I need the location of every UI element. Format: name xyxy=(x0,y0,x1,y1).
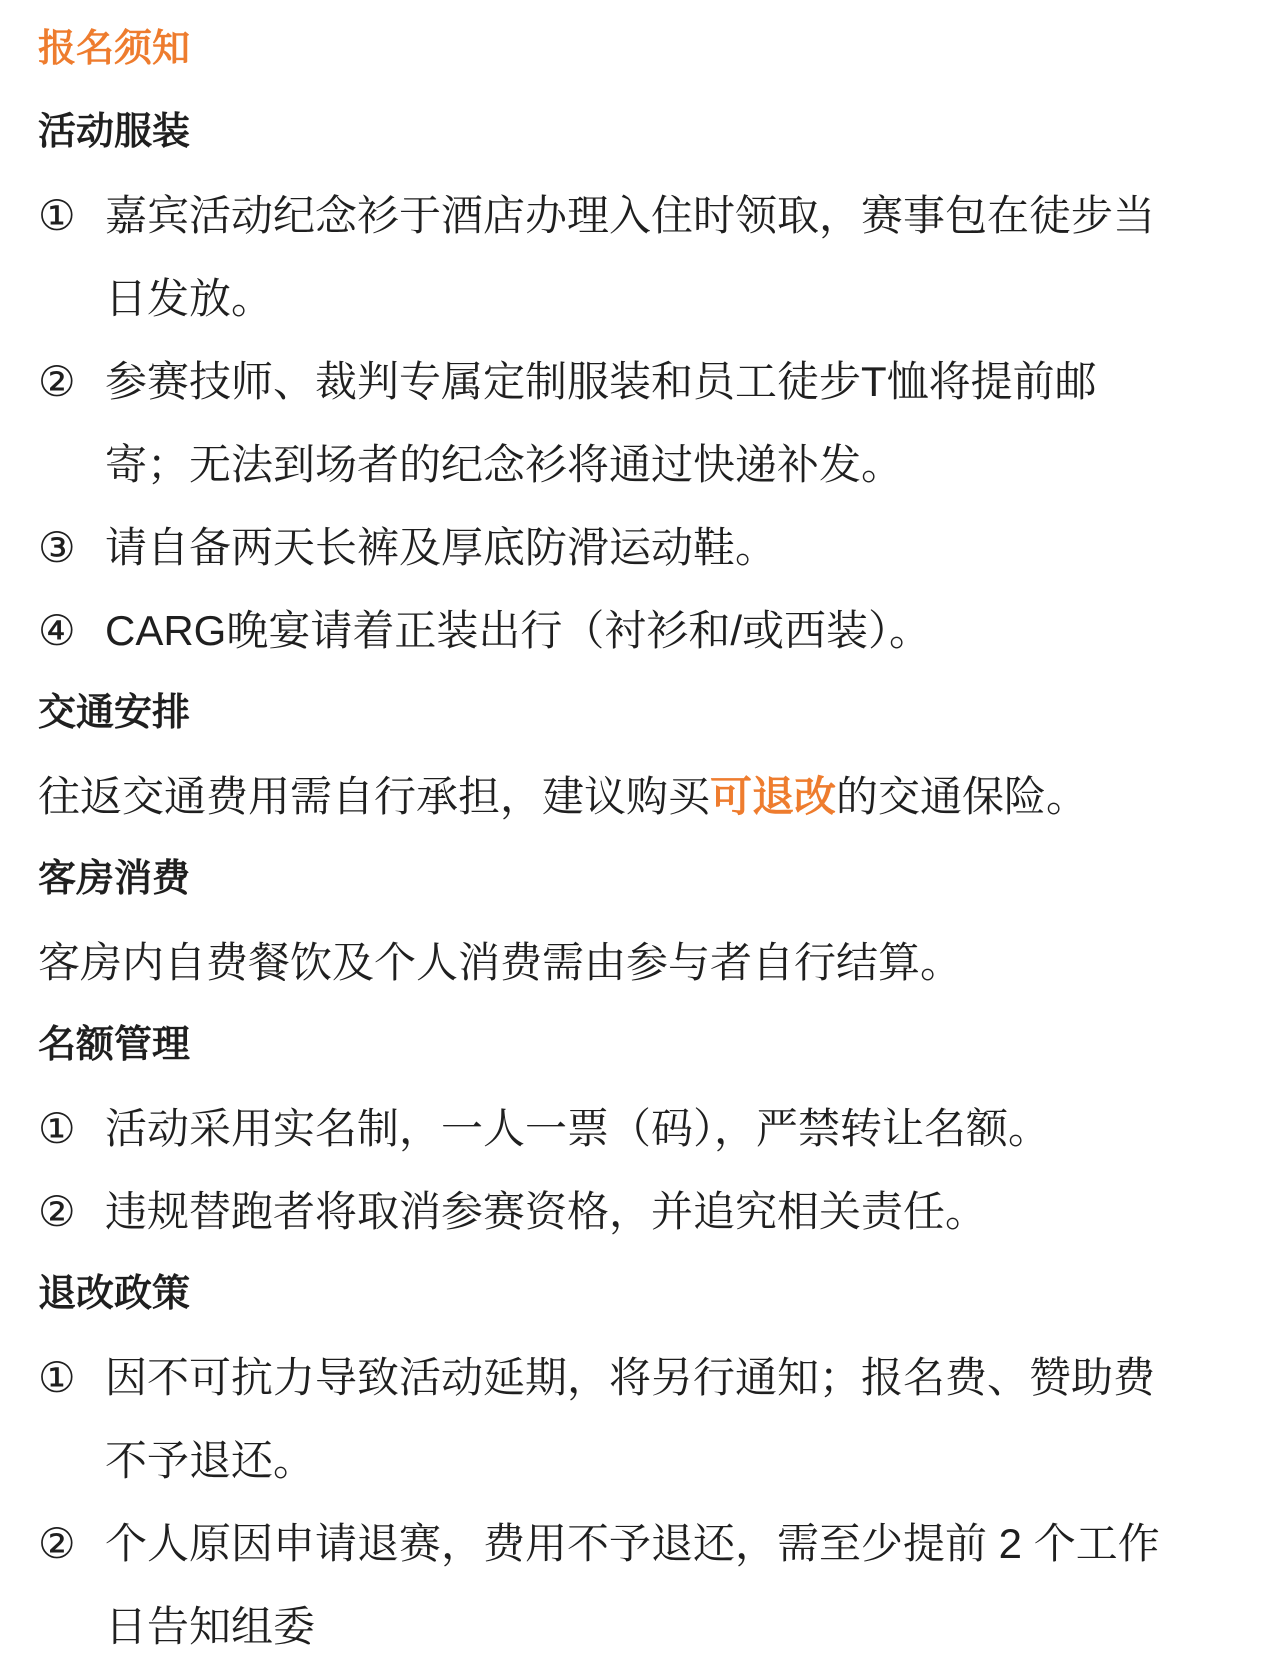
paragraph-text: 的交通保险。 xyxy=(836,773,1088,820)
item-text: 参赛技师、裁判专属定制服装和员工徒步T恤将提前邮寄；无法到场者的纪念衫将通过快递… xyxy=(105,340,1170,506)
section-heading-quota: 名额管理 xyxy=(38,1004,1170,1087)
item-marker: ② xyxy=(38,340,105,423)
item-marker: ① xyxy=(38,1087,105,1170)
item-marker: ③ xyxy=(38,506,105,589)
list-item: ① 活动采用实名制，一人一票（码），严禁转让名额。 xyxy=(38,1087,1170,1170)
section-heading-transport: 交通安排 xyxy=(38,672,1170,755)
item-marker: ② xyxy=(38,1502,105,1585)
item-marker: ② xyxy=(38,1170,105,1253)
paragraph-text: 往返交通费用需自行承担，建议购买 xyxy=(38,773,710,820)
transport-paragraph: 往返交通费用需自行承担，建议购买可退改的交通保险。 xyxy=(38,755,1170,838)
section-heading-room-spending: 客房消费 xyxy=(38,838,1170,921)
page-title: 报名须知 xyxy=(38,8,1170,91)
registration-notes-document: 报名须知 活动服装 ① 嘉宾活动纪念衫于酒店办理入住时领取，赛事包在徒步当日发放… xyxy=(0,0,1280,1668)
section-heading-clothing: 活动服装 xyxy=(38,91,1170,174)
item-text: CARG晚宴请着正装出行（衬衫和/或西装）。 xyxy=(105,589,1170,672)
paragraph-text: 客房内自费餐饮及个人消费需由参与者自行结算。 xyxy=(38,939,962,986)
section-heading-refund-policy: 退改政策 xyxy=(38,1253,1170,1336)
item-text: 个人原因申请退赛，费用不予退还，需至少提前 2 个工作日告知组委 xyxy=(105,1502,1170,1668)
item-marker: ④ xyxy=(38,589,105,672)
list-item: ② 违规替跑者将取消参赛资格，并追究相关责任。 xyxy=(38,1170,1170,1253)
list-item: ① 嘉宾活动纪念衫于酒店办理入住时领取，赛事包在徒步当日发放。 xyxy=(38,174,1170,340)
item-text: 活动采用实名制，一人一票（码），严禁转让名额。 xyxy=(105,1087,1170,1170)
highlighted-text: 可退改 xyxy=(710,773,836,820)
item-text: 请自备两天长裤及厚底防滑运动鞋。 xyxy=(105,506,1170,589)
item-text: 嘉宾活动纪念衫于酒店办理入住时领取，赛事包在徒步当日发放。 xyxy=(105,174,1170,340)
list-item: ③ 请自备两天长裤及厚底防滑运动鞋。 xyxy=(38,506,1170,589)
item-marker: ① xyxy=(38,174,105,257)
item-text: 因不可抗力导致活动延期，将另行通知；报名费、赞助费不予退还。 xyxy=(105,1336,1170,1502)
list-item: ④ CARG晚宴请着正装出行（衬衫和/或西装）。 xyxy=(38,589,1170,672)
room-spending-paragraph: 客房内自费餐饮及个人消费需由参与者自行结算。 xyxy=(38,921,1170,1004)
list-item: ① 因不可抗力导致活动延期，将另行通知；报名费、赞助费不予退还。 xyxy=(38,1336,1170,1502)
list-item: ② 参赛技师、裁判专属定制服装和员工徒步T恤将提前邮寄；无法到场者的纪念衫将通过… xyxy=(38,340,1170,506)
item-text: 违规替跑者将取消参赛资格，并追究相关责任。 xyxy=(105,1170,1170,1253)
item-marker: ① xyxy=(38,1336,105,1419)
list-item: ② 个人原因申请退赛，费用不予退还，需至少提前 2 个工作日告知组委 xyxy=(38,1502,1170,1668)
